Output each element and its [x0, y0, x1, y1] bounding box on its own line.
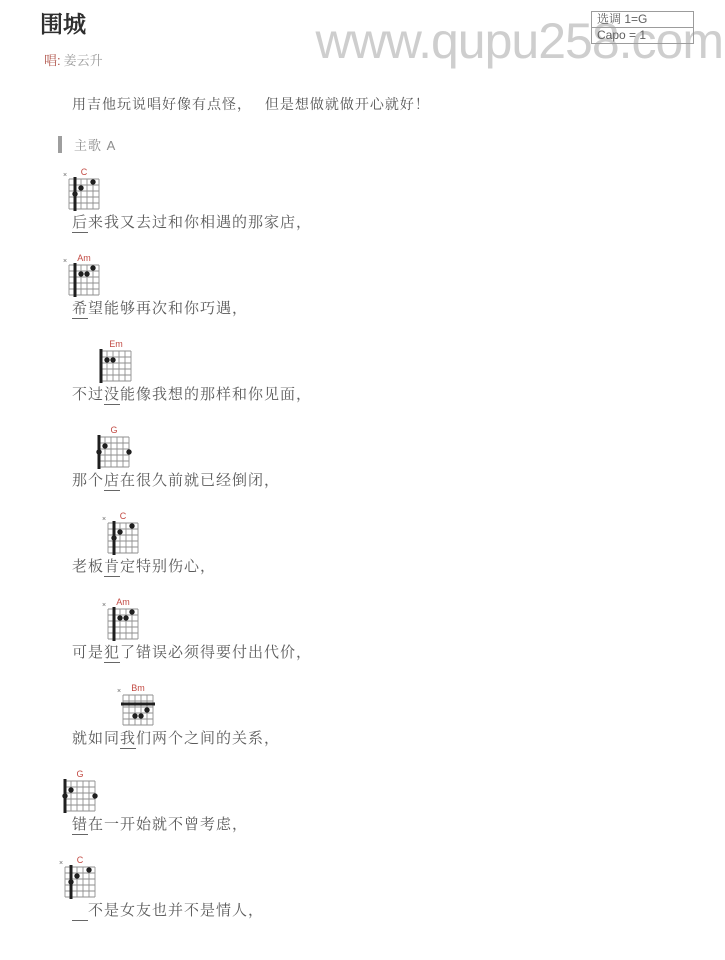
song-title: 围城 [40, 10, 700, 38]
sheet-content: 围城 唱:姜云升 用吉他玩说唱好像有点怪， 但是想做就做开心就好！ 主歌 A C… [40, 0, 700, 940]
chord-diagram-Em: Em [92, 338, 700, 384]
lyric-underlined-char: 后 [72, 214, 88, 233]
lyric-underlined-char: 肯 [104, 558, 120, 577]
lyric-text: 后来我又去过和你相遇的那家店， [72, 212, 700, 234]
svg-text:Em: Em [109, 339, 123, 349]
singer-name: 姜云升 [64, 53, 103, 68]
lyric-post: 在很久前就已经倒闭， [120, 472, 280, 489]
svg-text:G: G [110, 425, 117, 435]
svg-text:×: × [102, 602, 106, 609]
lyric-text: 不是女友也并不是情人， [72, 900, 700, 922]
lyric-post: 来我又去过和你相遇的那家店， [88, 214, 312, 231]
lyric-text: 就如同我们两个之间的关系， [72, 728, 700, 750]
lyric-text: 那个店在很久前就已经倒闭， [72, 470, 700, 492]
svg-text:C: C [77, 855, 84, 865]
lyric-pre: 不过 [72, 386, 104, 403]
lyric-post: 望能够再次和你巧遇， [88, 300, 248, 317]
lyric-text: 可是犯了错误必须得要付出代价， [72, 642, 700, 664]
lyric-underlined-char: 我 [120, 730, 136, 749]
lyric-text: 老板肯定特别伤心， [72, 556, 700, 578]
chord-diagram-Am: Am× [99, 596, 700, 642]
section-label: 主歌 A [74, 135, 116, 154]
section-marker-bar [58, 136, 62, 153]
lyric-pre: 老板 [72, 558, 104, 575]
lyric-post: 在一开始就不曾考虑， [88, 816, 248, 833]
chord-diagram-C: C× [99, 510, 700, 556]
lyric-underlined-char: 希 [72, 300, 88, 319]
chord-diagram-C: C× [56, 854, 700, 900]
lyric-line: Am× 希望能够再次和你巧遇， [40, 252, 700, 320]
lyric-line: C× 老板肯定特别伤心， [40, 510, 700, 578]
lyric-line: Em 不过没能像我想的那样和你见面， [40, 338, 700, 406]
svg-text:×: × [63, 172, 67, 179]
lyric-line: Bm× 就如同我们两个之间的关系， [40, 682, 700, 750]
svg-text:C: C [81, 167, 88, 177]
lyric-lines: C× 后来我又去过和你相遇的那家店， Am× 希望能够再次和你巧遇， Em 不过… [40, 166, 700, 922]
singer-label: 唱: [44, 53, 61, 68]
lyric-underlined-char: 错 [72, 816, 88, 835]
lyric-underlined-char: 店 [104, 472, 120, 491]
svg-text:×: × [63, 258, 67, 265]
lyric-line: C× 后来我又去过和你相遇的那家店， [40, 166, 700, 234]
lyric-underlined-char: 犯 [104, 644, 120, 663]
lyric-line: Am× 可是犯了错误必须得要付出代价， [40, 596, 700, 664]
lyric-text: 错在一开始就不曾考虑， [72, 814, 700, 836]
chord-diagram-Am: Am× [60, 252, 700, 298]
author-note: 用吉他玩说唱好像有点怪， 但是想做就做开心就好！ [72, 95, 700, 113]
chord-diagram-G: G [90, 424, 700, 470]
lyric-post: 定特别伤心， [120, 558, 216, 575]
svg-text:×: × [117, 688, 121, 695]
lyric-pre: 就如同 [72, 730, 120, 747]
lyric-text: 希望能够再次和你巧遇， [72, 298, 700, 320]
svg-text:G: G [76, 769, 83, 779]
lyric-post: 能像我想的那样和你见面， [120, 386, 312, 403]
svg-text:Bm: Bm [131, 683, 145, 693]
lyric-post: 了错误必须得要付出代价， [120, 644, 312, 661]
lyric-pre: 可是 [72, 644, 104, 661]
lyric-line: G 那个店在很久前就已经倒闭， [40, 424, 700, 492]
svg-text:×: × [59, 860, 63, 867]
lyric-text: 不过没能像我想的那样和你见面， [72, 384, 700, 406]
svg-text:C: C [120, 511, 127, 521]
lyric-underlined-char: 没 [104, 386, 120, 405]
section-header: 主歌 A [58, 135, 700, 154]
lyric-line: G 错在一开始就不曾考虑， [40, 768, 700, 836]
lyric-post: 们两个之间的关系， [136, 730, 280, 747]
svg-text:Am: Am [77, 253, 91, 263]
chord-diagram-C: C× [60, 166, 700, 212]
svg-text:Am: Am [116, 597, 130, 607]
lyric-line: C× 不是女友也并不是情人， [40, 854, 700, 922]
chord-diagram-G: G [56, 768, 700, 814]
singer-row: 唱:姜云升 [44, 53, 700, 69]
lyric-pre: 那个 [72, 472, 104, 489]
svg-text:×: × [102, 516, 106, 523]
chord-diagram-Bm: Bm× [114, 682, 700, 728]
lyric-underlined-char [72, 902, 88, 921]
lyric-post: 不是女友也并不是情人， [88, 902, 264, 919]
chord-sheet-page: www.qupu258.com 选调 1=G Capo = 1 围城 唱:姜云升… [0, 0, 725, 960]
